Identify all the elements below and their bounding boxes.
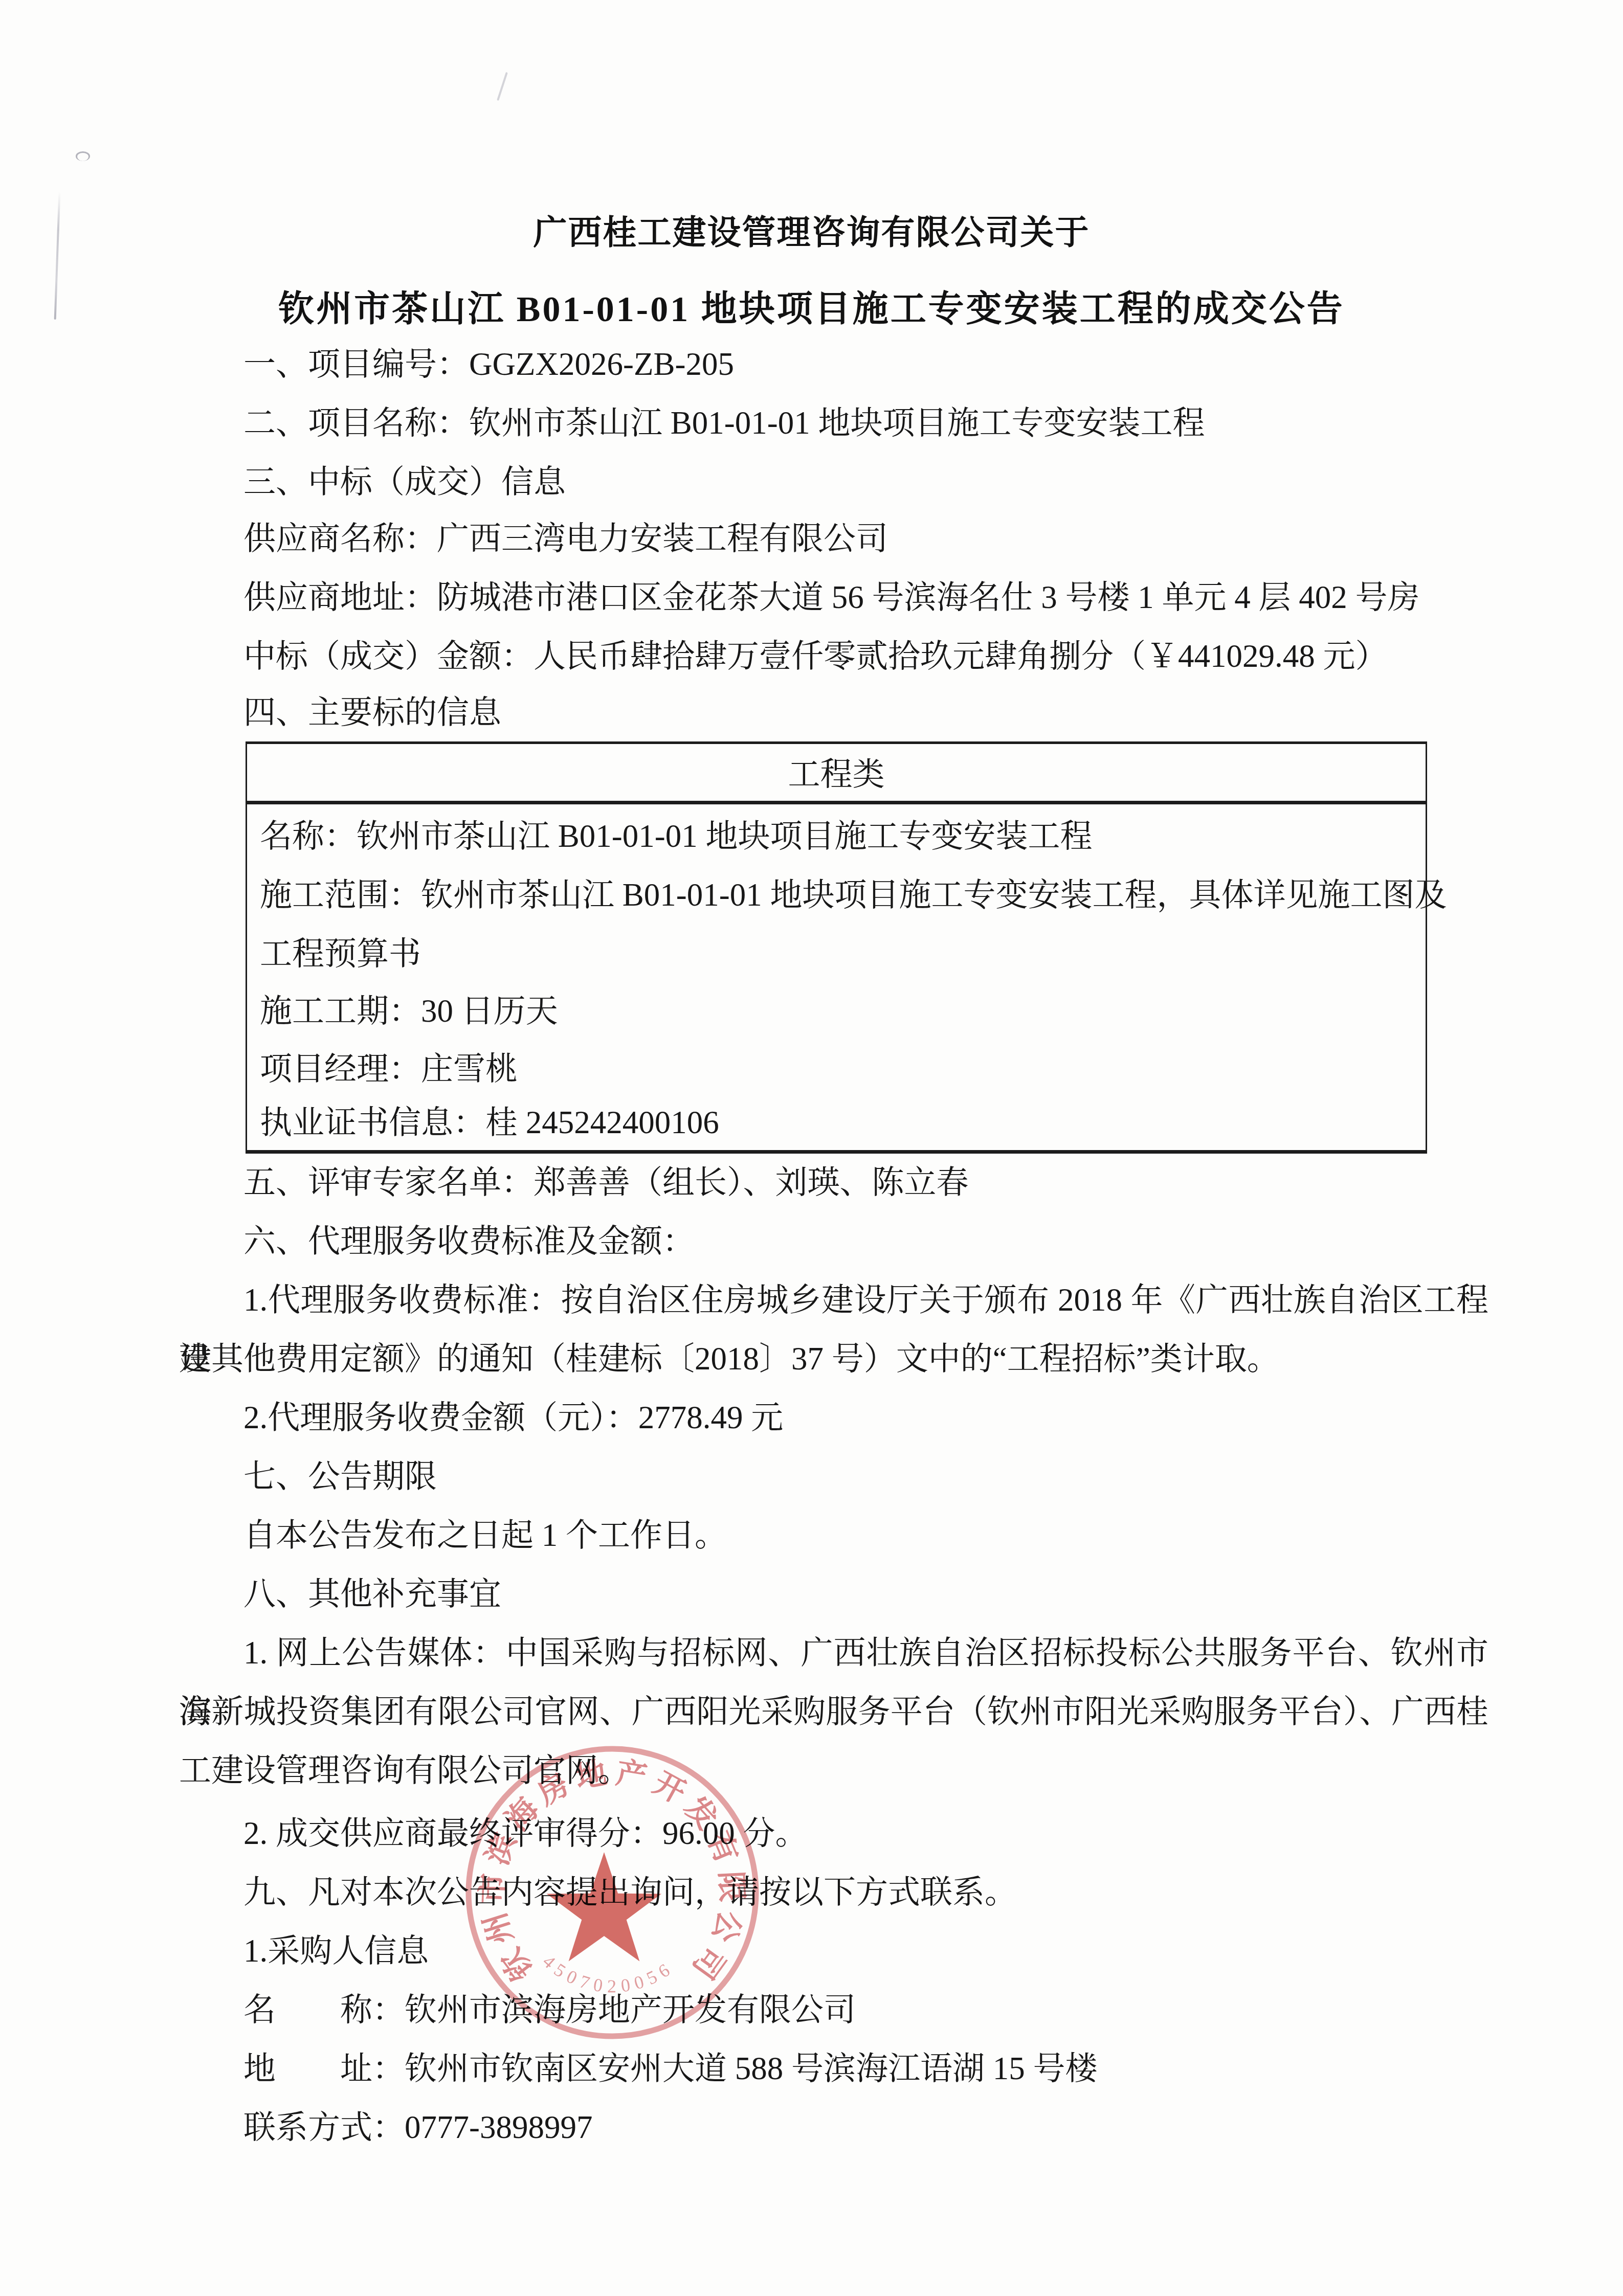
table-header-project-class: 工程类 [247, 744, 1426, 804]
agency-fee-heading: 六、代理服务收费标准及金额： [179, 1212, 1488, 1271]
subject-info-table: 工程类 名称：钦州市茶山江 B01-01-01 地块项目施工专变安装工程 施工范… [246, 741, 1427, 1154]
review-experts-line: 五、评审专家名单：郑善善（组长）、刘瑛、陈立春 [179, 1153, 1488, 1212]
final-score-line: 2. 成交供应商最终评审得分：96.00 分。 [179, 1804, 1488, 1863]
scan-slash-icon [497, 72, 508, 101]
table-row-scope-2: 工程预算书 [260, 925, 1416, 983]
table-row-scope-1: 施工范围：钦州市茶山江 B01-01-01 地块项目施工专变安装工程，具体详见施… [260, 866, 1416, 925]
media-line-3: 工建设管理咨询有限公司官网。 [179, 1741, 1488, 1800]
contact-heading: 九、凡对本次公告内容提出询问，请按以下方式联系。 [179, 1863, 1488, 1922]
document-title-line2: 钦州市茶山江 B01-01-01 地块项目施工专变安装工程的成交公告 [0, 284, 1623, 335]
document-title-line1: 广西桂工建设管理咨询有限公司关于 [0, 209, 1623, 257]
project-name-line: 二、项目名称：钦州市茶山江 B01-01-01 地块项目施工专变安装工程 [179, 394, 1488, 453]
supplier-address-line: 供应商地址：防城港市港口区金花茶大道 56 号滨海名仕 3 号楼 1 单元 4 … [179, 568, 1488, 627]
announcement-period-line: 自本公告发布之日起 1 个工作日。 [179, 1506, 1488, 1565]
media-line-2: 海新城投资集团有限公司官网、广西阳光采购服务平台（钦州市阳光采购服务平台）、广西… [179, 1682, 1488, 1741]
other-matters-heading: 八、其他补充事宜 [179, 1565, 1488, 1624]
agency-fee-standard-line1: 1.代理服务收费标准：按自治区住房城乡建设厅关于颁布 2018 年《广西壮族自治… [179, 1271, 1488, 1330]
project-number-line: 一、项目编号：GGZX2026-ZB-205 [179, 335, 1488, 394]
table-row-duration: 施工工期：30 日历天 [260, 982, 1416, 1041]
award-amount-line: 中标（成交）金额：人民币肆拾肆万壹仟零贰拾玖元肆角捌分（￥441029.48 元… [179, 627, 1488, 686]
purchaser-phone-line: 联系方式：0777-3898997 [179, 2098, 1488, 2157]
award-info-heading: 三、中标（成交）信息 [179, 453, 1488, 511]
scan-speck-icon [76, 151, 90, 161]
purchaser-address-line: 地 址：钦州市钦南区安州大道 588 号滨海江语湖 15 号楼 [179, 2039, 1488, 2098]
subject-info-heading: 四、主要标的信息 [179, 683, 1488, 742]
table-row-manager: 项目经理：庄雪桃 [260, 1040, 1416, 1098]
announcement-period-heading: 七、公告期限 [179, 1447, 1488, 1506]
table-row-certificate: 执业证书信息：桂 245242400106 [260, 1096, 1416, 1150]
purchaser-info-heading: 1.采购人信息 [179, 1922, 1488, 1980]
agency-fee-standard-line2: 设其他费用定额》的通知（桂建标〔2018〕37 号）文中的“工程招标”类计取。 [179, 1330, 1488, 1388]
agency-fee-amount-line: 2.代理服务收费金额（元）：2778.49 元 [179, 1388, 1488, 1447]
media-line-1: 1. 网上公告媒体：中国采购与招标网、广西壮族自治区招标投标公共服务平台、钦州市… [179, 1624, 1488, 1682]
purchaser-name-line: 名 称：钦州市滨海房地产开发有限公司 [179, 1980, 1488, 2039]
announcement-document-page: 广西桂工建设管理咨询有限公司关于 钦州市茶山江 B01-01-01 地块项目施工… [0, 0, 1623, 2296]
supplier-name-line: 供应商名称：广西三湾电力安装工程有限公司 [179, 509, 1488, 568]
table-row-name: 名称：钦州市茶山江 B01-01-01 地块项目施工专变安装工程 [260, 807, 1416, 866]
